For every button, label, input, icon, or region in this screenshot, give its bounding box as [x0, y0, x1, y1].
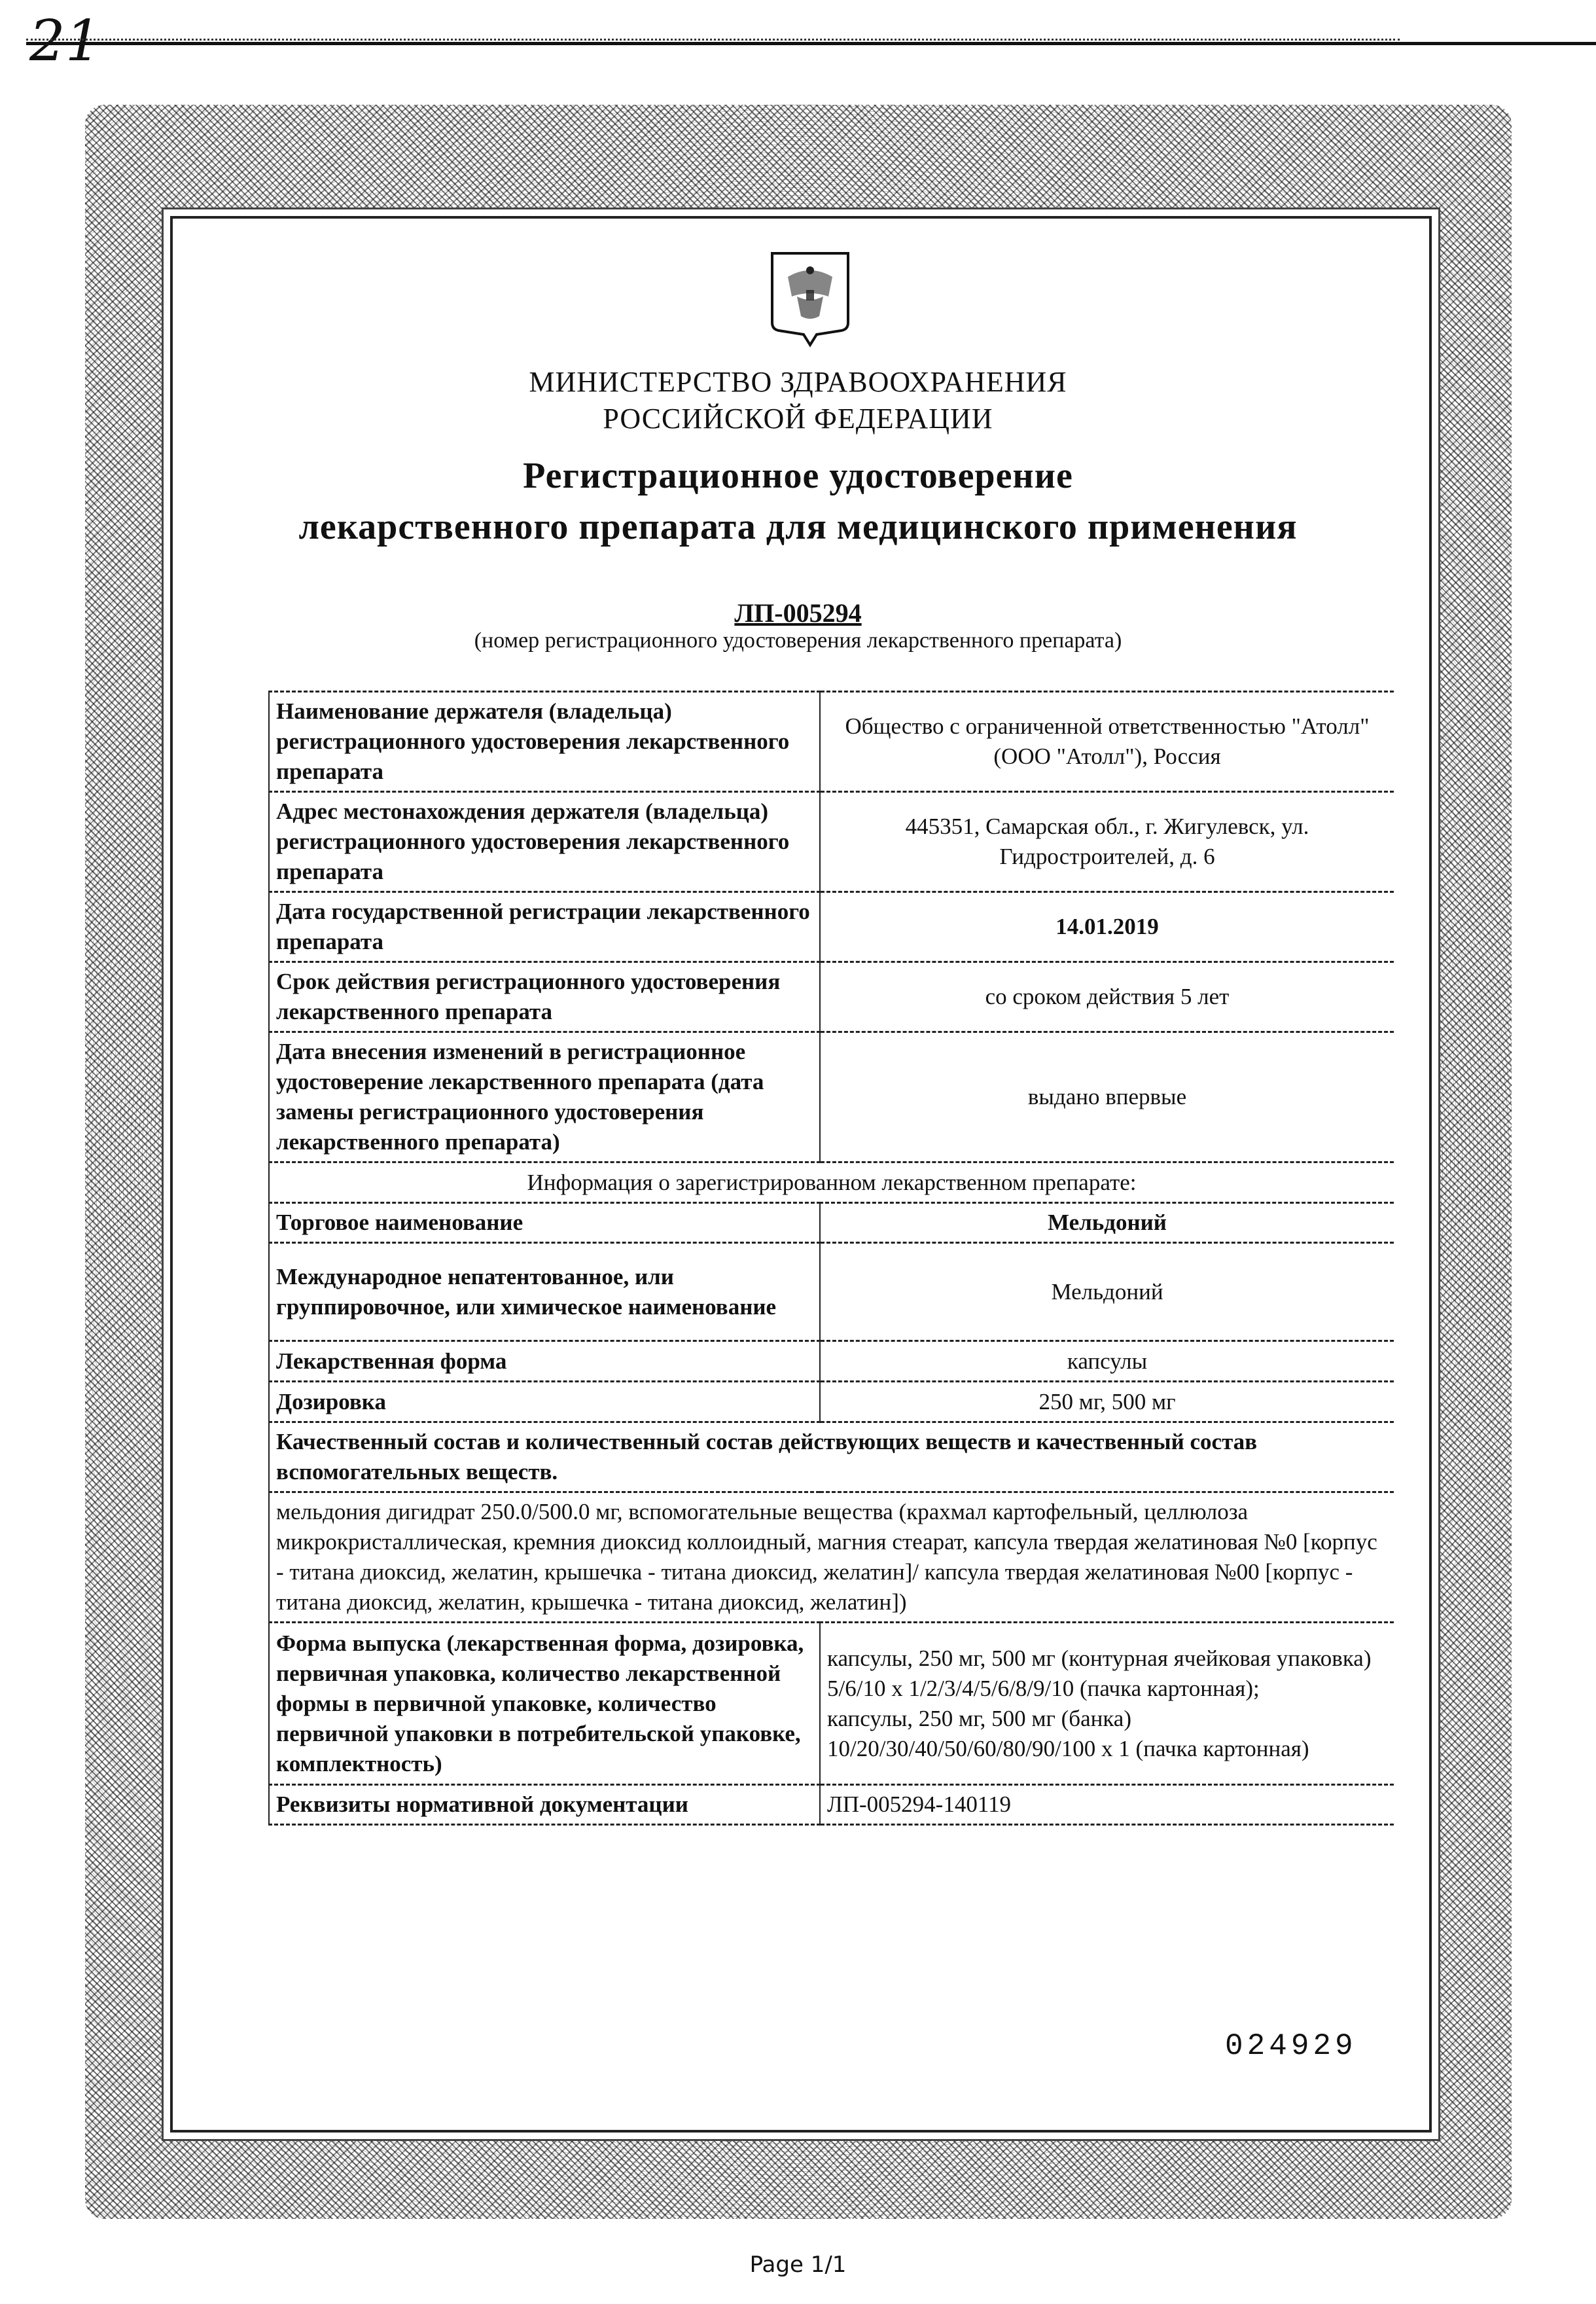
document-title-line-1: Регистрационное удостоверение [0, 450, 1596, 501]
composition-heading: Качественный состав и количественный сос… [269, 1422, 1394, 1492]
ministry-line-2: РОССИЙСКОЙ ФЕДЕРАЦИИ [0, 401, 1596, 437]
ministry-line-1: МИНИСТЕРСТВО ЗДРАВООХРАНЕНИЯ [0, 364, 1596, 401]
table-row: Адрес местонахождения держателя (владель… [269, 792, 1394, 892]
row-value: выдано впервые [820, 1032, 1394, 1162]
handwritten-page-mark: 21 [29, 13, 101, 69]
row-label: Дозировка [269, 1382, 820, 1422]
row-label: Форма выпуска (лекарственная форма, дози… [269, 1623, 820, 1785]
registration-number-caption: (номер регистрационного удостоверения ле… [0, 628, 1596, 653]
table-row: Форма выпуска (лекарственная форма, дози… [269, 1623, 1394, 1785]
row-label: Торговое наименование [269, 1203, 820, 1243]
coat-of-arms-icon [768, 251, 852, 348]
release-form-line-2: капсулы, 250 мг, 500 мг (банка) 10/20/30… [827, 1704, 1387, 1764]
row-label: Срок действия регистрационного удостовер… [269, 962, 820, 1032]
trade-name: Мельдоний [820, 1203, 1394, 1243]
document-title-line-2: лекарственного препарата для медицинског… [0, 501, 1596, 552]
ministry-heading: МИНИСТЕРСТВО ЗДРАВООХРАНЕНИЯ РОССИЙСКОЙ … [0, 364, 1596, 437]
table-row: Дата внесения изменений в регистрационно… [269, 1032, 1394, 1162]
row-label: Реквизиты нормативной документации [269, 1785, 820, 1825]
registration-date: 14.01.2019 [820, 892, 1394, 962]
normative-doc-value: ЛП-005294-140119 [820, 1785, 1394, 1825]
row-value: Мельдоний [820, 1243, 1394, 1341]
row-value: со сроком действия 5 лет [820, 962, 1394, 1032]
section-heading-row: Информация о зарегистрированном лекарств… [269, 1162, 1394, 1203]
row-value: 250 мг, 500 мг [820, 1382, 1394, 1422]
document-title: Регистрационное удостоверение лекарствен… [0, 450, 1596, 552]
page-indicator: Page 1/1 [0, 2252, 1596, 2278]
table-row: Дата государственной регистрации лекарст… [269, 892, 1394, 962]
row-value: капсулы [820, 1341, 1394, 1382]
table-row: Наименование держателя (владельца) регис… [269, 692, 1394, 792]
row-label: Наименование держателя (владельца) регис… [269, 692, 820, 792]
row-label: Лекарственная форма [269, 1341, 820, 1382]
serial-number: 024929 [1225, 2029, 1357, 2063]
top-rule [26, 42, 1596, 45]
registration-number: ЛП-005294 [0, 598, 1596, 628]
table-row: Срок действия регистрационного удостовер… [269, 962, 1394, 1032]
row-value: 445351, Самарская обл., г. Жигулевск, ул… [820, 792, 1394, 892]
table-row: Лекарственная форма капсулы [269, 1341, 1394, 1382]
certificate-table: Наименование держателя (владельца) регис… [268, 691, 1394, 1826]
release-form-line-1: капсулы, 250 мг, 500 мг (контурная ячейк… [827, 1644, 1387, 1704]
row-label: Дата государственной регистрации лекарст… [269, 892, 820, 962]
drug-info-heading: Информация о зарегистрированном лекарств… [269, 1162, 1394, 1203]
row-label: Дата внесения изменений в регистрационно… [269, 1032, 820, 1162]
composition-text: мельдония дигидрат 250.0/500.0 мг, вспом… [269, 1492, 1394, 1623]
release-form-value: капсулы, 250 мг, 500 мг (контурная ячейк… [820, 1623, 1394, 1785]
row-label: Адрес местонахождения держателя (владель… [269, 792, 820, 892]
composition-heading-row: Качественный состав и количественный сос… [269, 1422, 1394, 1492]
row-value: Общество с ограниченной ответственностью… [820, 692, 1394, 792]
table-row: Международное непатентованное, или групп… [269, 1243, 1394, 1341]
table-row: Торговое наименование Мельдоний [269, 1203, 1394, 1243]
composition-text-row: мельдония дигидрат 250.0/500.0 мг, вспом… [269, 1492, 1394, 1623]
row-label: Международное непатентованное, или групп… [269, 1243, 820, 1341]
table-row: Реквизиты нормативной документации ЛП-00… [269, 1785, 1394, 1825]
table-row: Дозировка 250 мг, 500 мг [269, 1382, 1394, 1422]
